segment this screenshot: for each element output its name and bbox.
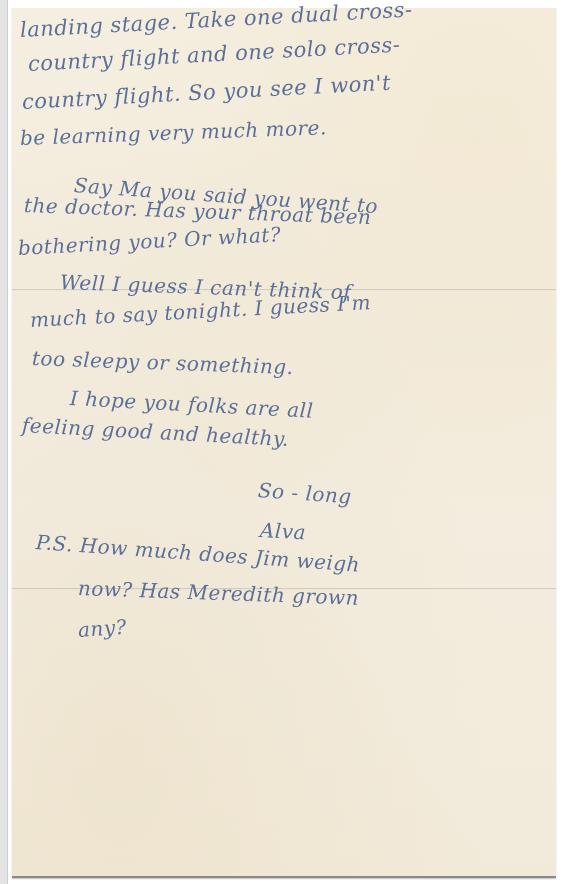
letter-line: country flight and one solo cross- [27,33,400,76]
letter-page: landing stage. Take one dual cross- coun… [12,8,556,878]
letter-postscript: P.S. How much does Jim weigh [35,530,361,577]
letter-postscript: any? [77,615,127,642]
letter-closing: So - long [257,478,352,508]
letter-line: country flight. So you see I won't [21,71,391,114]
letter-postscript: now? Has Meredith grown [78,576,360,610]
viewer-frame-edge [0,0,8,884]
letter-line: too sleepy or something. [32,346,294,379]
letter-line: be learning very much more. [20,115,328,150]
letter-line: bothering you? Or what? [17,222,281,260]
letter-signature: Alva [259,518,306,544]
